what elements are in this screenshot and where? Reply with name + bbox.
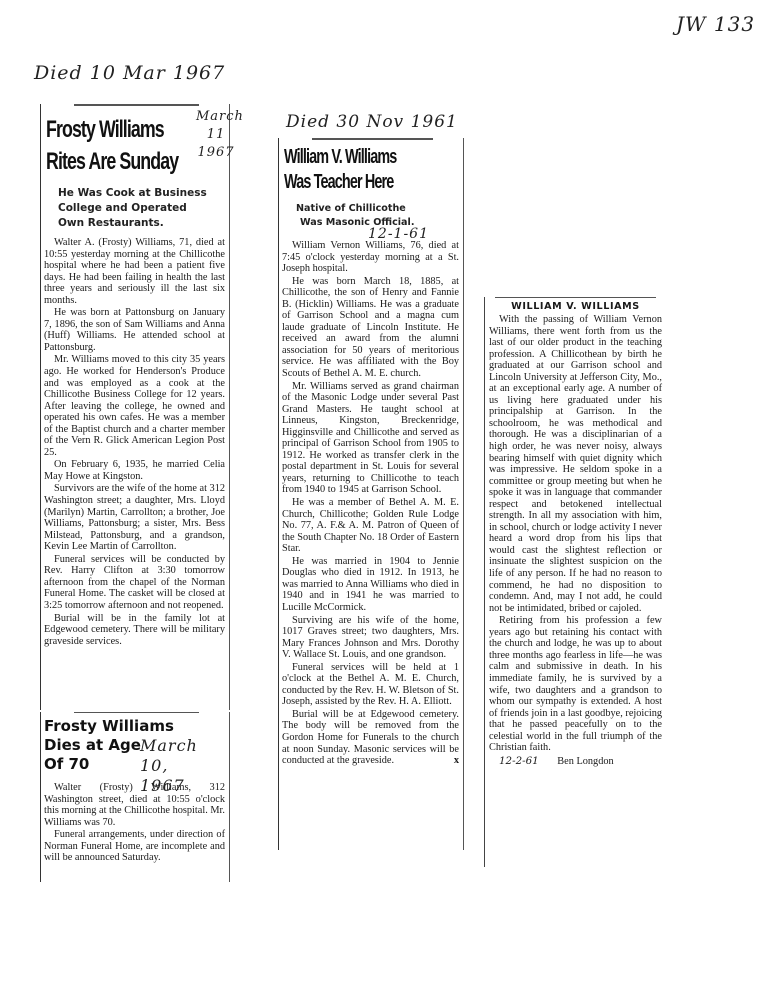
clipping-top-rule bbox=[74, 712, 199, 713]
article-body: William Vernon Williams, 76, died at 7:4… bbox=[282, 240, 463, 767]
headline: William V. Williams Was Teacher Here bbox=[282, 144, 463, 196]
clipping-william-teacher: William V. Williams Was Teacher Here Nat… bbox=[278, 138, 464, 850]
deck-line-1: Native of Chillicothe bbox=[296, 202, 463, 216]
author-name: Ben Longdon bbox=[557, 756, 613, 767]
paragraph: Burial will be in the family lot at Edge… bbox=[44, 613, 225, 648]
headline-line-1: William V. Williams bbox=[284, 146, 396, 169]
tribute-date-handwritten: 12-2-61 bbox=[499, 755, 539, 767]
paragraph-text: Burial will be at Edgewood cemetery. The… bbox=[282, 709, 459, 766]
paragraph: Funeral services will be conducted by Re… bbox=[44, 554, 225, 612]
headline-line-1: Frosty Williams bbox=[44, 717, 229, 736]
publish-date-handwritten: March 10, 1967 bbox=[140, 736, 210, 796]
headline-line-2: Rites Are Sunday bbox=[46, 148, 178, 176]
paragraph: He was born at Pattonsburg on January 7,… bbox=[44, 307, 225, 353]
clipping-top-rule bbox=[495, 297, 656, 298]
article-body: With the passing of William Vernon Willi… bbox=[489, 314, 662, 754]
paragraph: Retiring from his profession a few years… bbox=[489, 615, 662, 754]
publish-date-handwritten: 12-1-61 bbox=[368, 226, 429, 242]
paragraph: He was born March 18, 1885, at Chillicot… bbox=[282, 276, 459, 380]
headline-line-2: Was Teacher Here bbox=[284, 171, 393, 194]
clipping-william-tribute: WILLIAM V. WILLIAMS With the passing of … bbox=[484, 297, 662, 867]
headline-line-1: Frosty Williams bbox=[46, 116, 164, 144]
paragraph: Funeral arrangements, under direction of… bbox=[44, 829, 225, 864]
deck-line-3: Own Restaurants. bbox=[58, 216, 229, 231]
deck-line-2: College and Operated bbox=[58, 201, 229, 216]
paragraph: He was married in 1904 to Jennie Douglas… bbox=[282, 556, 459, 614]
paragraph: He was a member of Bethel A. M. E. Churc… bbox=[282, 497, 459, 555]
paragraph: Burial will be at Edgewood cemetery. The… bbox=[282, 709, 459, 767]
clipping-top-rule bbox=[74, 104, 199, 106]
signoff: 12-2-61 Ben Longdon bbox=[489, 755, 662, 768]
paragraph: Mr. Williams served as grand chairman of… bbox=[282, 381, 459, 496]
paragraph: Funeral services will be held at 1 o'clo… bbox=[282, 662, 459, 708]
paragraph: Walter A. (Frosty) Williams, 71, died at… bbox=[44, 237, 225, 306]
paragraph: William Vernon Williams, 76, died at 7:4… bbox=[282, 240, 459, 275]
paragraph: Survivors are the wife of the home at 31… bbox=[44, 483, 225, 552]
subheadline: He Was Cook at Business College and Oper… bbox=[44, 186, 229, 231]
end-mark: x bbox=[444, 755, 459, 767]
death-date-handwritten: Died 30 Nov 1961 bbox=[286, 112, 458, 132]
paragraph: Mr. Williams moved to this city 35 years… bbox=[44, 354, 225, 458]
deck-line-1: He Was Cook at Business bbox=[58, 186, 229, 201]
publish-date-handwritten: March 11 1967 bbox=[196, 108, 236, 162]
archive-number-handwritten: JW 133 bbox=[676, 12, 755, 36]
article-body: Walter A. (Frosty) Williams, 71, died at… bbox=[44, 237, 229, 647]
paragraph: On February 6, 1935, he married Celia Ma… bbox=[44, 459, 225, 482]
tribute-title: WILLIAM V. WILLIAMS bbox=[489, 301, 662, 312]
paragraph: Surviving are his wife of the home, 1017… bbox=[282, 615, 459, 661]
clipping-frosty-rites: Frosty Williams Rites Are Sunday He Was … bbox=[40, 104, 230, 710]
clipping-top-rule bbox=[312, 138, 433, 140]
paragraph: With the passing of William Vernon Willi… bbox=[489, 314, 662, 614]
death-date-handwritten: Died 10 Mar 1967 bbox=[34, 62, 225, 84]
